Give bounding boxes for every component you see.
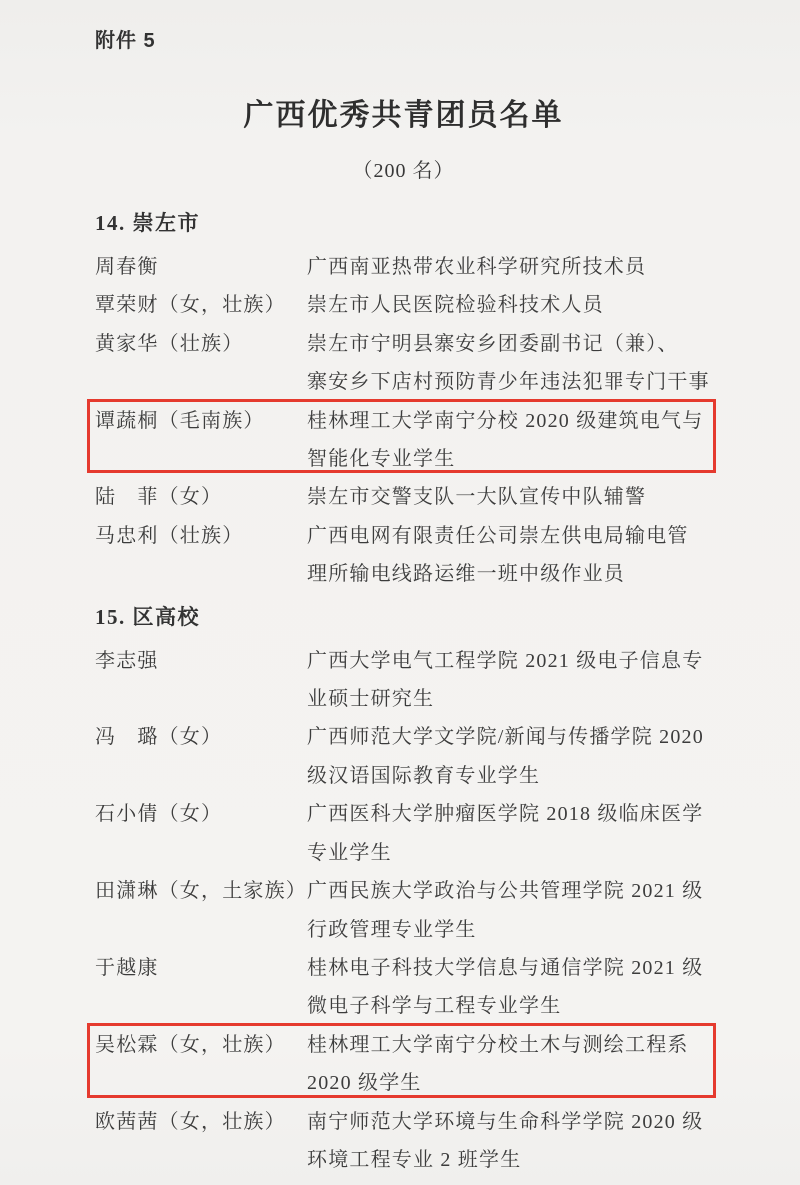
entry-description: 广西电网有限责任公司崇左供电局输电管 理所输电线路运维一班中级作业员 [307,517,712,594]
list-item: 欧茜茜（女，壮族） 南宁师范大学环境与生命科学学院 2020 级 环境工程专业 … [95,1103,712,1180]
list-item: 田潇琳（女，土家族） 广西民族大学政治与公共管理学院 2021 级 行政管理专业… [95,872,712,949]
entry-name: 吴松霖（女，壮族） [95,1026,307,1103]
attachment-label: 附件 5 [95,28,712,54]
list-item: 陆 菲（女） 崇左市交警支队一大队宣传中队辅警 [95,478,712,516]
list-item: 马忠利（壮族） 广西电网有限责任公司崇左供电局输电管 理所输电线路运维一班中级作… [95,517,712,594]
document-page: 附件 5 广西优秀共青团员名单 （200 名） 14. 崇左市 周春衡 广西南亚… [0,0,800,1185]
entry-name: 石小倩（女） [95,795,307,872]
entry-name: 李志强 [95,642,307,719]
entry-name: 谭蔬桐（毛南族） [95,402,307,479]
list-item: 石小倩（女） 广西医科大学肿瘤医学院 2018 级临床医学 专业学生 [95,795,712,872]
list-item: 覃荣财（女，壮族） 崇左市人民医院检验科技术人员 [95,286,712,324]
entry-description: 崇左市人民医院检验科技术人员 [307,286,712,324]
entry-description: 广西医科大学肿瘤医学院 2018 级临床医学 专业学生 [307,795,712,872]
entry-name: 于越康 [95,949,307,1026]
section-heading: 15. 区高校 [95,604,712,630]
list-item: 冯 璐（女） 广西师范大学文学院/新闻与传播学院 2020 级汉语国际教育专业学… [95,718,712,795]
section-regional-universities: 15. 区高校 李志强 广西大学电气工程学院 2021 级电子信息专 业硕士研究… [95,604,712,1180]
entry-name: 田潇琳（女，土家族） [95,872,307,949]
entry-name: 周春衡 [95,248,307,286]
entry-description: 桂林电子科技大学信息与通信学院 2021 级 微电子科学与工程专业学生 [307,949,712,1026]
entry-name: 马忠利（壮族） [95,517,307,594]
entry-description: 崇左市交警支队一大队宣传中队辅警 [307,478,712,516]
list-item: 黄家华（壮族） 崇左市宁明县寨安乡团委副书记（兼）、 寨安乡下店村预防青少年违法… [95,325,712,402]
section-heading: 14. 崇左市 [95,210,712,236]
highlighted-entry: 谭蔬桐（毛南族） 桂林理工大学南宁分校 2020 级建筑电气与 智能化专业学生 [95,402,712,479]
entry-description: 广西南亚热带农业科学研究所技术员 [307,248,712,286]
highlighted-entry: 吴松霖（女，壮族） 桂林理工大学南宁分校土木与测绘工程系 2020 级学生 [95,1026,712,1103]
entry-description: 广西师范大学文学院/新闻与传播学院 2020 级汉语国际教育专业学生 [307,718,712,795]
list-item: 李志强 广西大学电气工程学院 2021 级电子信息专 业硕士研究生 [95,642,712,719]
entry-name: 黄家华（壮族） [95,325,307,402]
entry-description: 南宁师范大学环境与生命科学学院 2020 级 环境工程专业 2 班学生 [307,1103,712,1180]
section-chongzuo-city: 14. 崇左市 周春衡 广西南亚热带农业科学研究所技术员 覃荣财（女，壮族） 崇… [95,210,712,594]
entry-description: 广西民族大学政治与公共管理学院 2021 级 行政管理专业学生 [307,872,712,949]
entry-description: 广西大学电气工程学院 2021 级电子信息专 业硕士研究生 [307,642,712,719]
entry-name: 冯 璐（女） [95,718,307,795]
entry-description: 崇左市宁明县寨安乡团委副书记（兼）、 寨安乡下店村预防青少年违法犯罪专门干事 [307,325,712,402]
entry-name: 陆 菲（女） [95,478,307,516]
entry-list: 周春衡 广西南亚热带农业科学研究所技术员 覃荣财（女，壮族） 崇左市人民医院检验… [95,248,712,594]
entry-name: 覃荣财（女，壮族） [95,286,307,324]
entry-name: 欧茜茜（女，壮族） [95,1103,307,1180]
page-subtitle: （200 名） [95,158,712,184]
entry-description: 桂林理工大学南宁分校土木与测绘工程系 2020 级学生 [307,1026,712,1103]
entry-description: 桂林理工大学南宁分校 2020 级建筑电气与 智能化专业学生 [307,402,712,479]
list-item: 于越康 桂林电子科技大学信息与通信学院 2021 级 微电子科学与工程专业学生 [95,949,712,1026]
page-title: 广西优秀共青团员名单 [95,98,712,134]
entry-list: 李志强 广西大学电气工程学院 2021 级电子信息专 业硕士研究生 冯 璐（女）… [95,642,712,1180]
list-item: 周春衡 广西南亚热带农业科学研究所技术员 [95,248,712,286]
